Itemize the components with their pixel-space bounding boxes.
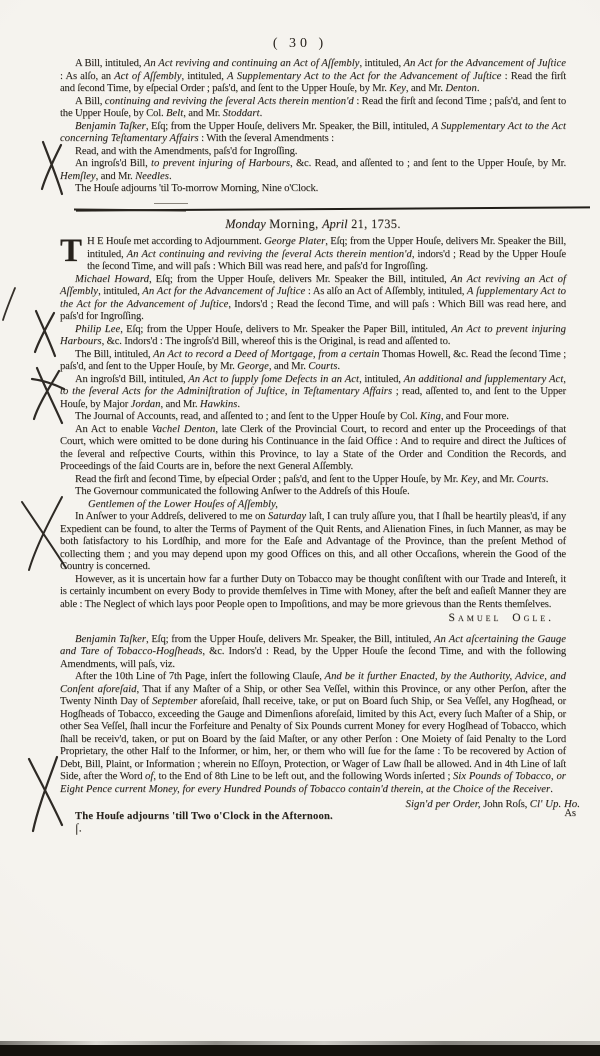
- scan-edge-band: [0, 1045, 600, 1056]
- handwritten-x-mark: [18, 494, 72, 572]
- handwritten-x-mark: [24, 755, 66, 833]
- paragraph: An ingroſs'd Bill, intituled, An Act to …: [60, 374, 566, 412]
- paragraph: Michael Howard, Eſq; from the Upper Houſ…: [60, 274, 566, 324]
- paragraph: Benjamin Taſker, Eſq; from the Upper Hou…: [60, 634, 566, 672]
- handwritten-slash-mark: [1, 286, 17, 322]
- adjournment-text: The Houſe adjourns 'till Two o'Clock in …: [75, 811, 333, 822]
- paragraph: An Act to enable Vachel Denton, late Cle…: [60, 424, 566, 474]
- paragraph: A Bill, intituled, An Act reviving and c…: [60, 58, 566, 96]
- paragraph-text: H E Houſe met according to Adjournment. …: [87, 236, 566, 272]
- paragraph: Read the firſt and ſecond Time, by eſpec…: [60, 474, 566, 487]
- sign-per-order-line: Sign'd per Order, John Roſs, Cl' Up. Ho.…: [60, 798, 580, 811]
- catchword: As: [564, 808, 576, 821]
- paragraph: Benjamin Taſker, Eſq; from the Upper Hou…: [60, 121, 566, 146]
- drop-cap: T: [60, 236, 87, 265]
- scanned-journal-page: ( 30 ) A Bill, intituled, An Act revivin…: [0, 0, 600, 1056]
- handwritten-x-mark: [36, 139, 68, 197]
- amendment-clause-paragraph: After the 10th Line of 7th Page, inſert …: [60, 671, 566, 796]
- paragraph: A Bill, continuing and reviving the ſeve…: [60, 96, 566, 121]
- day-heading: Monday Morning, April 21, 1735.: [60, 218, 566, 231]
- page-content: A Bill, intituled, An Act reviving and c…: [60, 58, 566, 823]
- handwritten-x-mark: [30, 308, 60, 358]
- governor-signature: Samuel Ogle.: [60, 612, 554, 625]
- handwritten-x-mark: [28, 365, 68, 425]
- paragraph-dropcap: TH E Houſe met according to Adjournment.…: [60, 236, 566, 274]
- sign-per-order-text: Sign'd per Order, John Roſs, Cl' Up. Ho.: [406, 798, 581, 810]
- paragraph: Philip Lee, Eſq; from the Upper Houſe, d…: [60, 324, 566, 349]
- section-divider-rule: [60, 203, 566, 212]
- adjournment-note: The Houſe adjourns 'til To-morrow Mornin…: [60, 183, 566, 196]
- salutation: Gentlemen of the Lower Houſes of Aſſembl…: [60, 499, 566, 512]
- page-number: ( 30 ): [0, 36, 600, 52]
- paragraph: An ingroſs'd Bill, to prevent injuring o…: [60, 158, 566, 183]
- paragraph: The Bill, intituled, An Act to record a …: [60, 349, 566, 374]
- paragraph: However, as it is uncertain how far a fu…: [60, 574, 566, 612]
- divider-short-segment: [154, 203, 188, 204]
- paragraph: In Anſwer to your Addreſs, delivered to …: [60, 511, 566, 574]
- paragraph: The Governour communicated the following…: [60, 486, 566, 499]
- paragraph: Read, and with the Amendments, paſs'd fo…: [60, 146, 566, 159]
- divider-left-segment: [74, 208, 186, 211]
- adjournment-note: The Houſe adjourns 'till Two o'Clock in …: [60, 811, 566, 824]
- paragraph: The Journal of Accounts, read, and aſſen…: [60, 411, 566, 424]
